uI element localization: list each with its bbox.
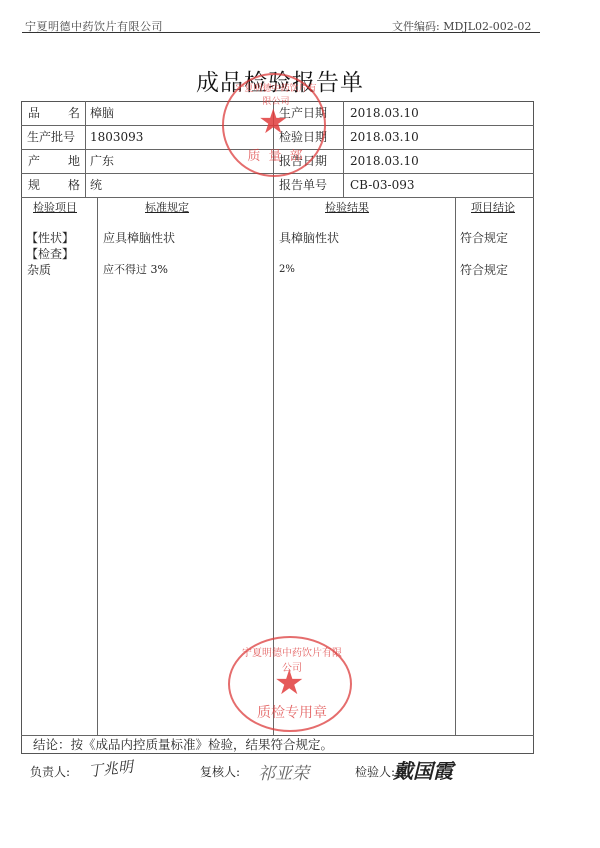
spec-label: 规 格 <box>28 178 80 192</box>
stamp-ring-text: 宁夏明德中药饮片有限公司 <box>238 644 346 674</box>
label-char: 规 <box>28 178 40 192</box>
responsible-label: 负责人: <box>30 763 70 780</box>
report-no-label: 报告单号 <box>279 178 327 192</box>
batch-label: 生产批号 <box>27 130 75 144</box>
item-name: 【检查】 <box>26 247 74 261</box>
responsible-signature: 丁兆明 <box>87 756 134 782</box>
origin-label: 产 地 <box>28 154 80 168</box>
batch-value: 1803093 <box>90 130 143 144</box>
item-name: 杂质 <box>27 263 51 277</box>
production-date-value: 2018.03.10 <box>350 106 419 120</box>
stamp-center-text: 质 量 部 <box>246 145 306 164</box>
item-name: 【性状】 <box>26 231 74 245</box>
col-divider <box>343 101 344 197</box>
report-date-value: 2018.03.10 <box>350 154 419 168</box>
origin-value: 广东 <box>90 154 114 168</box>
inspection-date-value: 2018.03.10 <box>350 130 419 144</box>
item-conclusion: 符合规定 <box>460 231 508 245</box>
label-char: 格 <box>68 178 80 192</box>
header-conclusion: 项目结论 <box>471 201 515 215</box>
item-standard: 应不得过 3% <box>103 263 168 277</box>
header-item: 检验项目 <box>33 201 77 215</box>
stamp-ring-text: 宁夏明德中药饮片有限公司 <box>234 81 318 107</box>
qc-seal-stamp: ★ 宁夏明德中药饮片有限公司 质检专用章 <box>228 636 352 732</box>
label-char: 地 <box>68 154 80 168</box>
star-icon: ★ <box>258 105 288 139</box>
item-result: 具樟脑性状 <box>279 231 339 245</box>
header-result: 检验结果 <box>325 201 369 215</box>
product-name-label: 品 名 <box>28 106 80 120</box>
spec-value: 统 <box>90 178 102 192</box>
reviewer-signature: 祁亚荣 <box>258 759 309 784</box>
inspector-signature: 戴国霞 <box>393 755 453 784</box>
col-divider <box>455 197 456 735</box>
row-divider <box>21 735 534 736</box>
item-standard: 应具樟脑性状 <box>103 231 175 245</box>
conclusion-text: 结论：按《成品内控质量标准》检验，结果符合规定。 <box>33 738 333 752</box>
item-result: 2% <box>279 263 295 277</box>
qa-department-stamp: ★ 宁夏明德中药饮片有限公司 质 量 部 <box>222 73 326 177</box>
report-no-value: CB-03-093 <box>350 178 415 192</box>
stamp-center-text: 质检专用章 <box>252 702 332 722</box>
label-char: 名 <box>68 106 80 120</box>
product-name-value: 樟脑 <box>90 106 114 120</box>
label-char: 品 <box>28 106 40 120</box>
col-divider <box>97 197 98 735</box>
reviewer-label: 复核人: <box>200 763 240 780</box>
item-conclusion: 符合规定 <box>460 263 508 277</box>
header-standard: 标准规定 <box>145 201 189 215</box>
header-divider <box>22 32 540 33</box>
inspector-label: 检验人: <box>355 763 395 780</box>
col-divider <box>85 101 86 197</box>
label-char: 产 <box>28 154 40 168</box>
